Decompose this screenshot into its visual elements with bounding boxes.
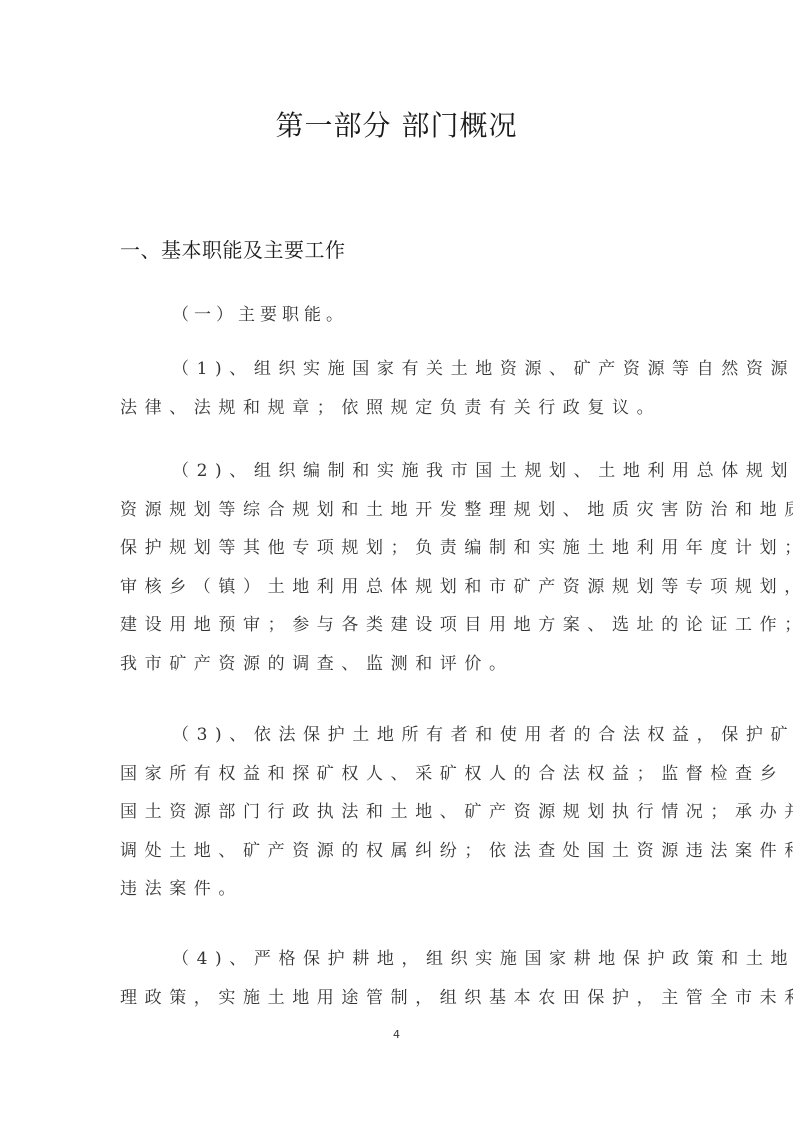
subsection-heading: （一）主要职能。 bbox=[172, 300, 348, 325]
paragraph-line: 审核乡（镇）土地利用总体规划和市矿产资源规划等专项规划，进行 bbox=[120, 568, 676, 607]
paragraph-line: 国土资源部门行政执法和土地、矿产资源规划执行情况；承办并组织 bbox=[120, 793, 676, 832]
document-page: 第一部分 部门概况 一、基本职能及主要工作 （一）主要职能。 （1)、组织实施国… bbox=[0, 0, 793, 1122]
paragraph-1: （1)、组织实施国家有关土地资源、矿产资源等自然资源管理的 法律、法规和规章；依… bbox=[120, 350, 676, 427]
page-title: 第一部分 部门概况 bbox=[0, 104, 793, 144]
section-heading: 一、基本职能及主要工作 bbox=[120, 234, 346, 263]
paragraph-line: （2)、组织编制和实施我市国土规划、土地利用总体规划、矿产 bbox=[120, 452, 676, 491]
paragraph-line: （4)、严格保护耕地，组织实施国家耕地保护政策和土地开发整 bbox=[120, 940, 676, 979]
paragraph-line: 建设用地预审；参与各类建设项目用地方案、选址的论证工作；组织 bbox=[120, 606, 676, 645]
paragraph-line: （1)、组织实施国家有关土地资源、矿产资源等自然资源管理的 bbox=[120, 350, 676, 389]
paragraph-line: 调处土地、矿产资源的权属纠纷；依法查处国土资源违法案件和测绘 bbox=[120, 832, 676, 871]
paragraph-line: 国家所有权益和探矿权人、采矿权人的合法权益；监督检查乡（镇） bbox=[120, 755, 676, 794]
paragraph-line: 我市矿产资源的调查、监测和评价。 bbox=[120, 645, 676, 684]
paragraph-line: （3)、依法保护土地所有者和使用者的合法权益，保护矿产资源 bbox=[120, 716, 676, 755]
paragraph-line: 保护规划等其他专项规划；负责编制和实施土地利用年度计划；指导、 bbox=[120, 529, 676, 568]
paragraph-3: （3)、依法保护土地所有者和使用者的合法权益，保护矿产资源 国家所有权益和探矿权… bbox=[120, 716, 676, 909]
paragraph-line: 理政策，实施土地用途管制，组织基本农田保护，主管全市未利用土 bbox=[120, 979, 676, 1018]
paragraph-line: 法律、法规和规章；依照规定负责有关行政复议。 bbox=[120, 389, 676, 428]
paragraph-4: （4)、严格保护耕地，组织实施国家耕地保护政策和土地开发整 理政策，实施土地用途… bbox=[120, 940, 676, 1017]
paragraph-2: （2)、组织编制和实施我市国土规划、土地利用总体规划、矿产 资源规划等综合规划和… bbox=[120, 452, 676, 683]
paragraph-line: 违法案件。 bbox=[120, 870, 676, 909]
paragraph-line: 资源规划等综合规划和土地开发整理规划、地质灾害防治和地质遗迹 bbox=[120, 491, 676, 530]
page-number: 4 bbox=[0, 1028, 793, 1041]
